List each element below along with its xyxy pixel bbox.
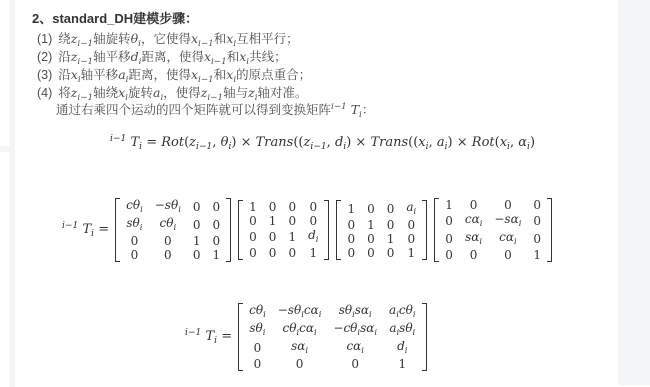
- math-var: xi−1: [204, 49, 227, 64]
- step-1: (1)绕zi−1轴旋转θi，它使得xi−1和xi互相平行；: [37, 29, 299, 49]
- var: x: [71, 67, 78, 82]
- math-var: zi: [248, 85, 257, 100]
- step-text: 轴与: [223, 86, 248, 100]
- result-matrix-equation: i−1 Ti = cθi−sθicαisθisαiaicθi sθicθicαi…: [185, 303, 434, 371]
- math-var: ai: [118, 67, 128, 82]
- section-heading: 2、standard_DH建模步骤：: [32, 8, 198, 27]
- step-text: 距离，使得: [128, 68, 191, 82]
- times-op: ×: [355, 135, 366, 150]
- superscript: i−1: [110, 134, 126, 144]
- math-var: xi−1: [191, 31, 214, 46]
- step-text: 的原点重合；: [236, 68, 311, 82]
- var: T: [351, 102, 359, 117]
- rotation-x-matrix: 1000 0cαi−sαi0 0sαicαi0 0001: [434, 198, 552, 262]
- left-gutter-bar: [10, 0, 15, 387]
- trans-term-2: Trans: [370, 135, 408, 150]
- transform-equation: i−1 Ti = Rot(zi−1, θi) × Trans((zi−1, di…: [110, 134, 535, 152]
- step-text: 轴旋转: [93, 32, 131, 46]
- math-var: xi: [239, 49, 249, 64]
- var: T: [130, 135, 139, 150]
- math-var: ai: [153, 85, 163, 100]
- step-number: (1): [37, 32, 52, 46]
- rot-term-2: Rot: [472, 135, 495, 150]
- times-op: ×: [241, 135, 252, 150]
- subscript: i: [139, 142, 142, 152]
- left-gutter-stub: [0, 146, 10, 152]
- math-var: di: [131, 49, 142, 64]
- math-var: xi−1: [191, 67, 214, 82]
- step-text: 轴绕: [93, 86, 118, 100]
- var: x: [191, 31, 198, 46]
- superscript: i−1: [331, 102, 347, 112]
- math-var: zi−1: [71, 85, 93, 100]
- math-var: xi: [118, 85, 128, 100]
- step-text: 绕: [58, 32, 71, 46]
- rot-term-1: Rot: [161, 135, 184, 150]
- math-var: xi: [226, 31, 236, 46]
- translation-z-matrix: 1000 0100 001di 0001: [238, 200, 329, 260]
- step-text: 旋转: [128, 86, 153, 100]
- var: x: [204, 49, 211, 64]
- step-number: (4): [37, 86, 52, 100]
- trans-term-1: Trans: [256, 135, 294, 150]
- math-var: xi: [71, 67, 81, 82]
- step-text: ，它使得: [141, 32, 191, 46]
- step-text: 互相平行；: [236, 32, 299, 46]
- step-3: (3)沿xi轴平移ai距离，使得xi−1和xi的原点重合；: [37, 65, 311, 85]
- step-text: 和: [227, 50, 240, 64]
- right-sidebar-panel: [618, 0, 650, 385]
- step-text: 共线；: [249, 50, 287, 64]
- step-text: 将: [58, 86, 71, 100]
- matrix-product-equation: i−1 Ti = cθi−sθi00 sθicθi00 0010 0001 10…: [62, 198, 559, 262]
- step-text: ，使得: [163, 86, 201, 100]
- math-var: θi: [131, 31, 141, 46]
- equals-sign: =: [146, 135, 157, 150]
- times-op: ×: [457, 135, 468, 150]
- colon: ：: [362, 103, 375, 117]
- step-text: 轴平移: [93, 50, 131, 64]
- var: z: [248, 85, 255, 100]
- step-number: (3): [37, 68, 52, 82]
- step-text: 和: [214, 68, 227, 82]
- lhs: i−1 Ti =: [62, 221, 109, 239]
- math-var: zi−1: [71, 49, 93, 64]
- step-text: 和: [214, 32, 227, 46]
- var: x: [191, 67, 198, 82]
- step-text: 轴对准。: [258, 86, 308, 100]
- step-text: 距离，使得: [141, 50, 204, 64]
- intro-line: 通过右乘四个运动的四个矩阵就可以得到变换矩阵i−1 Ti：: [56, 100, 374, 120]
- intro-text: 通过右乘四个运动的四个矩阵就可以得到变换矩阵: [56, 103, 331, 117]
- var: θ: [131, 31, 139, 46]
- math-var: xi: [226, 67, 236, 82]
- var: a: [118, 67, 125, 82]
- lhs: i−1 Ti =: [185, 328, 232, 346]
- var: d: [131, 49, 139, 64]
- step-number: (2): [37, 50, 52, 64]
- dh-transform-matrix: cθi−sθicαisθisαiaicθi sθicθicαi−cθisαiai…: [238, 303, 426, 371]
- math-var: zi−1: [71, 31, 93, 46]
- step-text: 沿: [58, 50, 71, 64]
- step-text: 轴平移: [81, 68, 119, 82]
- rotation-z-matrix: cθi−sθi00 sθicθi00 0010 0001: [115, 198, 231, 262]
- step-text: 沿: [58, 68, 71, 82]
- step-2: (2)沿zi−1轴平移di距离，使得xi−1和xi共线；: [37, 47, 287, 67]
- math-var: zi−1: [201, 85, 223, 100]
- translation-x-matrix: 100ai 0100 0010 0001: [336, 200, 427, 260]
